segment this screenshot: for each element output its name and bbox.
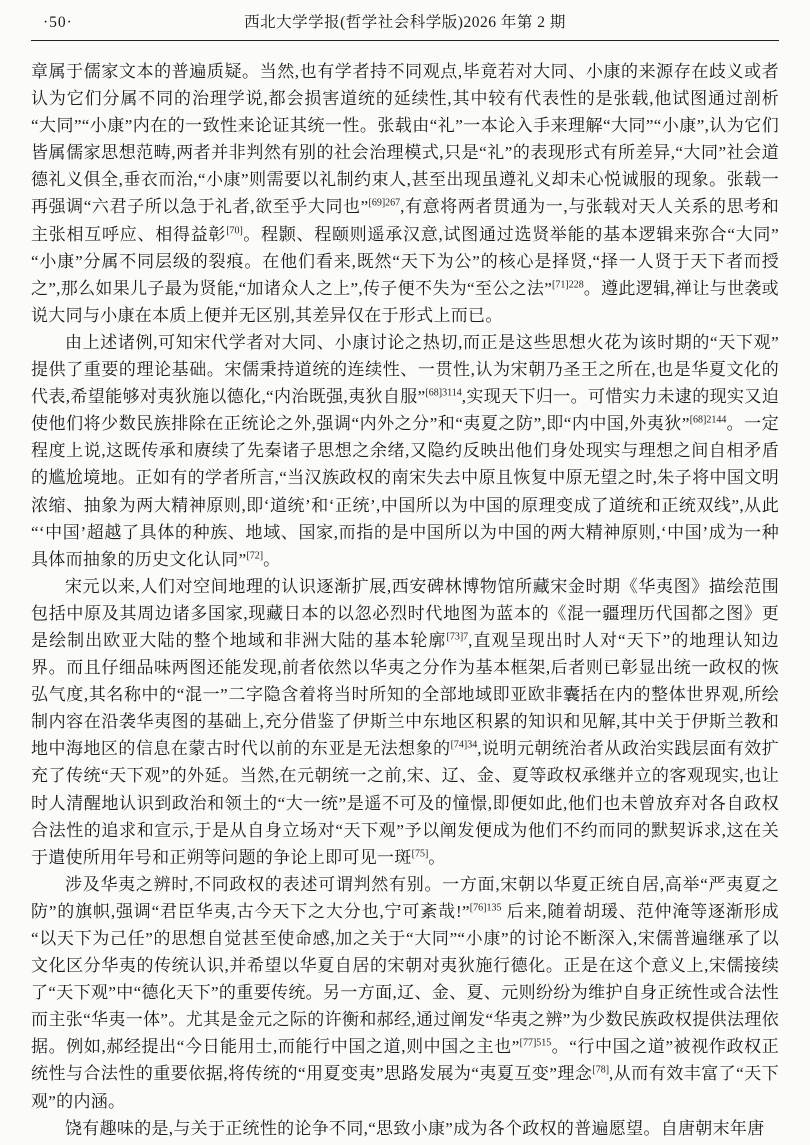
citation-ref: [71]228 bbox=[552, 279, 584, 290]
running-head: ·50· 西北大学学报(哲学社会科学版)2026 年第 2 期 bbox=[31, 12, 779, 41]
citation-ref: [76]135 bbox=[470, 902, 502, 913]
citation-ref: [68]3114 bbox=[425, 387, 461, 398]
citation-ref: [75] bbox=[412, 848, 429, 859]
journal-title: 西北大学学报(哲学社会科学版)2026 年第 2 期 bbox=[31, 12, 779, 34]
body-paragraph: 由上述诸例,可知宋代学者对大同、小康讨论之热切,而正是这些思想火花为该时期的“天… bbox=[31, 329, 779, 573]
citation-ref: [68]2144 bbox=[690, 415, 727, 426]
citation-ref: [70] bbox=[226, 225, 243, 236]
body-paragraph: 章属于儒家文本的普遍质疑。当然,也有学者持不同观点,毕竟若对大同、小康的来源存在… bbox=[31, 58, 779, 329]
body-paragraph: 饶有趣味的是,与关于正统性的论争不同,“思致小康”成为各个政权的普遍愿望。自唐朝… bbox=[31, 1115, 779, 1142]
page-number: ·50· bbox=[43, 12, 73, 34]
citation-ref: [69]267 bbox=[369, 198, 401, 209]
journal-page: ·50· 西北大学学报(哲学社会科学版)2026 年第 2 期 章属于儒家文本的… bbox=[0, 0, 810, 1145]
citation-ref: [77]515 bbox=[520, 1038, 552, 1049]
citation-ref: [73]7 bbox=[447, 631, 469, 642]
body-paragraph: 宋元以来,人们对空间地理的认识逐渐扩展,西安碑林博物馆所藏宋金时期《华夷图》描绘… bbox=[31, 573, 779, 871]
citation-ref: [72] bbox=[246, 550, 263, 561]
article-body: 章属于儒家文本的普遍质疑。当然,也有学者持不同观点,毕竟若对大同、小康的来源存在… bbox=[31, 58, 779, 1142]
body-paragraph: 涉及华夷之辨时,不同政权的表述可谓判然有别。一方面,宋朝以华夏正统自居,高举“严… bbox=[31, 871, 779, 1115]
citation-ref: [74]34 bbox=[451, 740, 478, 751]
citation-ref: [78] bbox=[592, 1065, 609, 1076]
